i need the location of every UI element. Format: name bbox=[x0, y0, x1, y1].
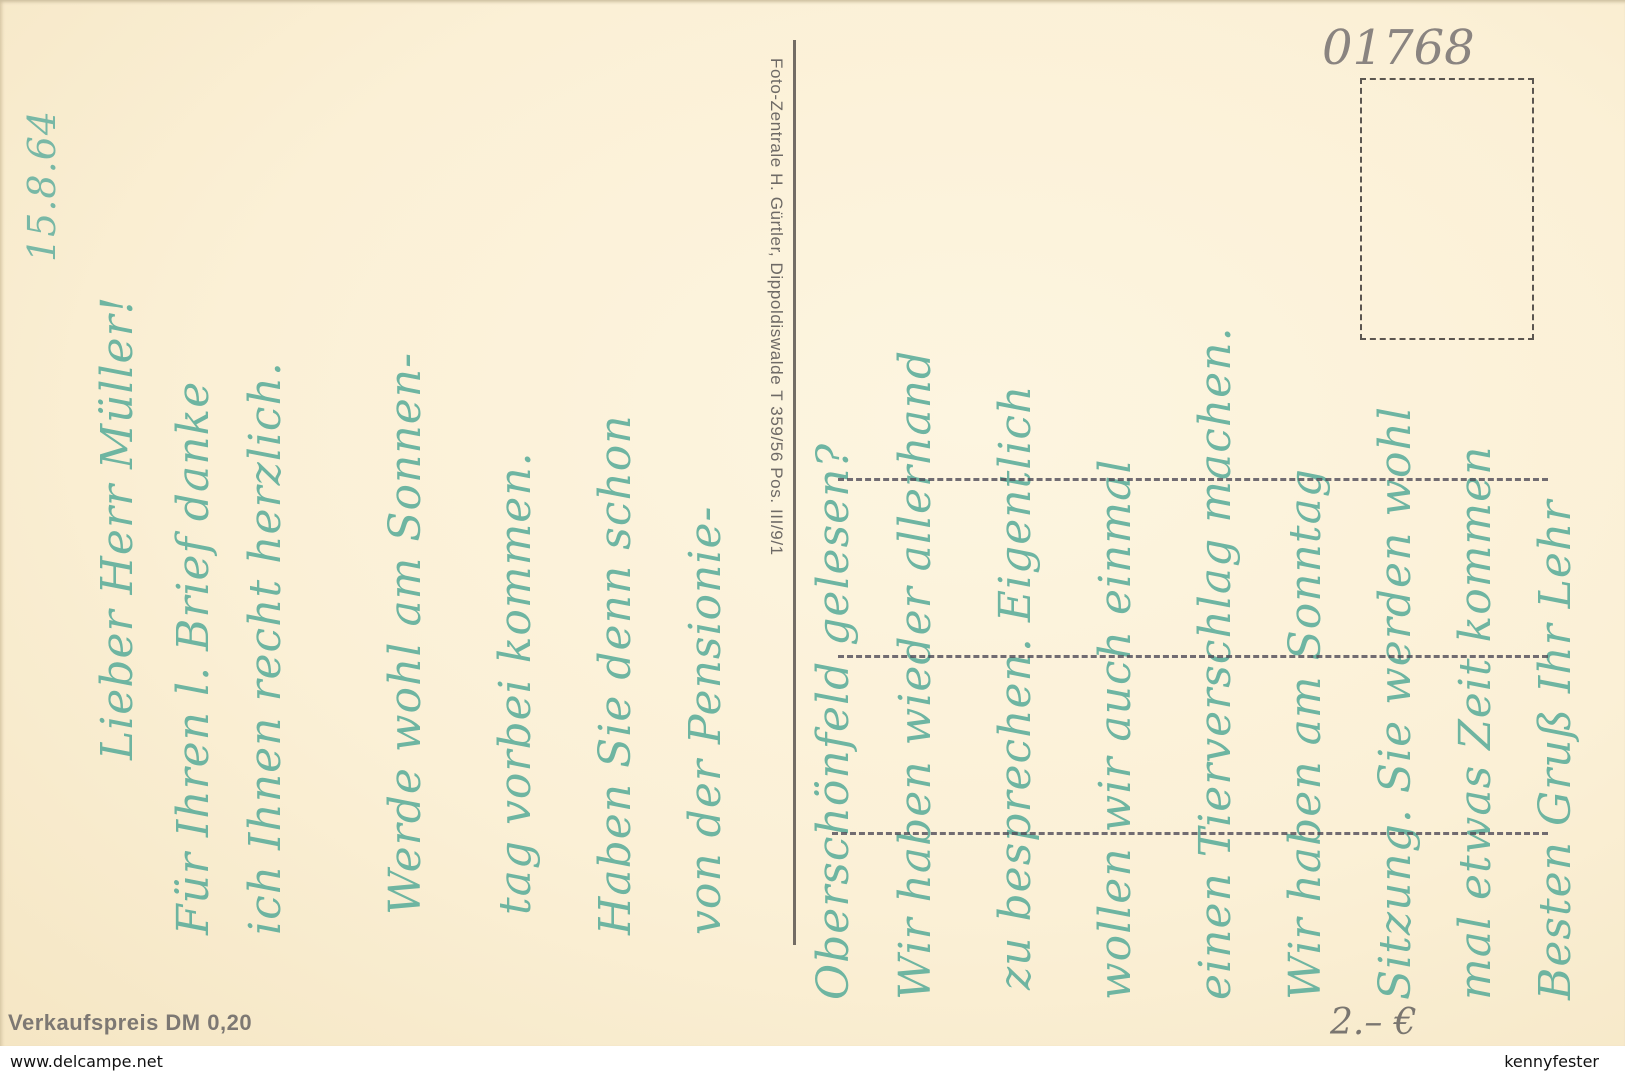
message-line: Werde wohl am Sonnen- bbox=[380, 352, 431, 915]
stamp-box bbox=[1360, 78, 1534, 340]
message-line: Für Ihren l. Brief danke bbox=[168, 381, 219, 935]
address-line bbox=[838, 655, 1548, 658]
vertical-divider bbox=[793, 40, 796, 945]
message-line: mal etwas Zeit kommen bbox=[1450, 445, 1501, 1000]
message-line: Haben Sie denn schon bbox=[590, 414, 641, 935]
address-line bbox=[832, 832, 1548, 835]
publisher-imprint: Foto-Zentrale H. Gürtler, Dippoldiswalde… bbox=[766, 58, 786, 556]
message-line: Besten Gruß Ihr Lehr bbox=[1530, 500, 1581, 1000]
message-line: Sitzung. Sie werden wohl bbox=[1370, 406, 1421, 1000]
sale-price: Verkaufspreis DM 0,20 bbox=[8, 1010, 252, 1036]
address-line bbox=[838, 478, 1548, 481]
message-line: Lieber Herr Müller! bbox=[92, 296, 143, 760]
message-line: von der Pensionie- bbox=[680, 506, 731, 935]
handwritten-date: 15.8.64 bbox=[20, 110, 64, 262]
watermark-left: www.delcampe.net bbox=[10, 1052, 163, 1071]
watermark-right: kennyfester bbox=[1504, 1052, 1599, 1071]
price-annotation: 2.– € bbox=[1330, 1002, 1417, 1043]
message-line: Wir haben wieder allerhand bbox=[890, 350, 941, 1000]
message-line: wollen wir auch einmal bbox=[1090, 459, 1141, 1000]
message-line: zu besprechen. Eigentlich bbox=[990, 385, 1041, 990]
postcard-back: 15.8.64 Lieber Herr Müller! Für Ihren l.… bbox=[0, 0, 1625, 1046]
message-line: einen Tierverschlag machen. bbox=[1190, 326, 1241, 1000]
message-line: ich Ihnen recht herzlich. bbox=[240, 361, 291, 935]
message-line: Oberschönfeld gelesen? bbox=[808, 443, 859, 1000]
reference-number: 01768 bbox=[1322, 20, 1475, 76]
message-line: Wir haben am Sonntag bbox=[1280, 468, 1331, 1000]
message-line: tag vorbei kommen. bbox=[490, 451, 541, 915]
